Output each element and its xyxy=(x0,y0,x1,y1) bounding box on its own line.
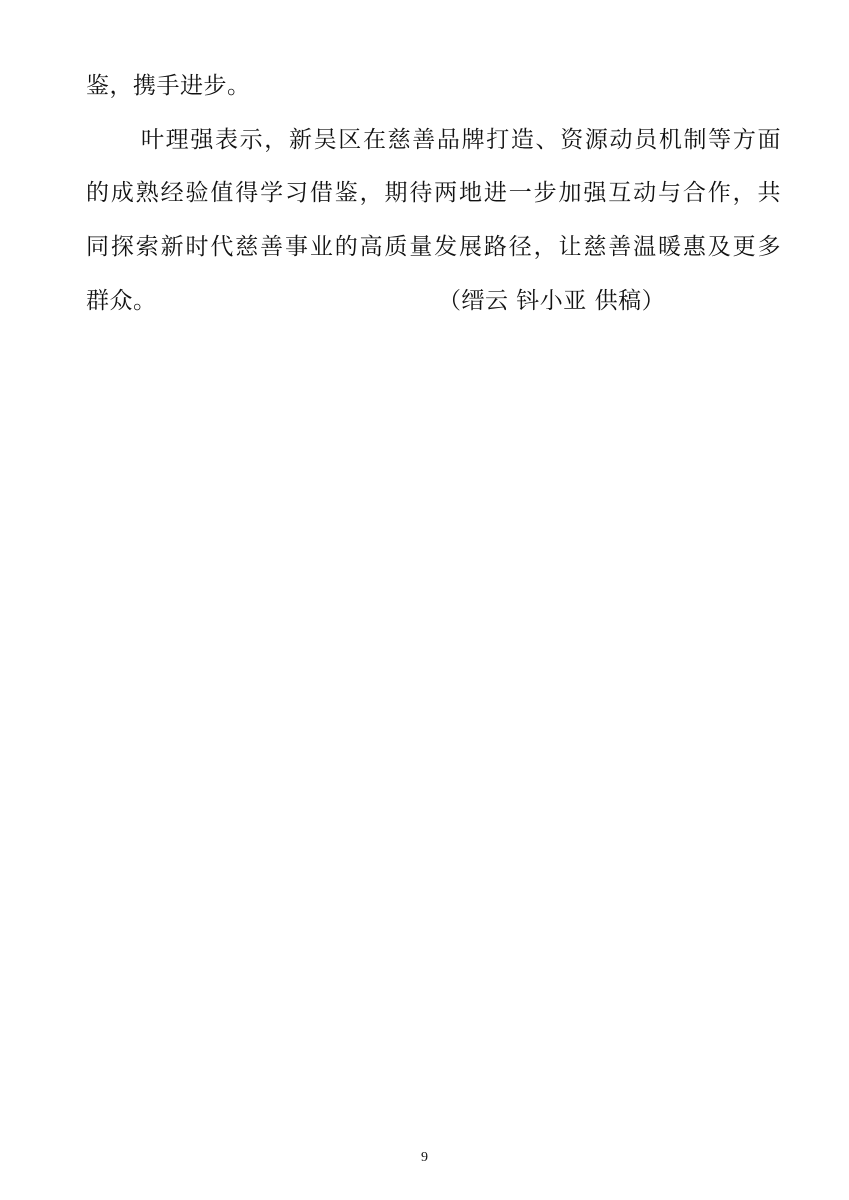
paragraph-line-last: 群众。 （缙云 钭小亚 供稿） xyxy=(86,286,781,316)
paragraph-line: 同探索新时代慈善事业的高质量发展路径，让慈善温暖惠及更多 xyxy=(86,232,781,262)
paragraph-text: 群众。 xyxy=(86,288,157,314)
paragraph-line: 鉴，携手进步。 xyxy=(86,71,781,101)
page-number: 9 xyxy=(0,1150,849,1166)
paragraph-line: 的成熟经验值得学习借鉴，期待两地进一步加强互动与合作，共 xyxy=(86,178,781,208)
paragraph-line: 叶理强表示，新吴区在慈善品牌打造、资源动员机制等方面 xyxy=(141,125,781,155)
article-credit: （缙云 钭小亚 供稿） xyxy=(438,286,665,316)
document-page: 鉴，携手进步。 叶理强表示，新吴区在慈善品牌打造、资源动员机制等方面 的成熟经验… xyxy=(0,0,849,1200)
